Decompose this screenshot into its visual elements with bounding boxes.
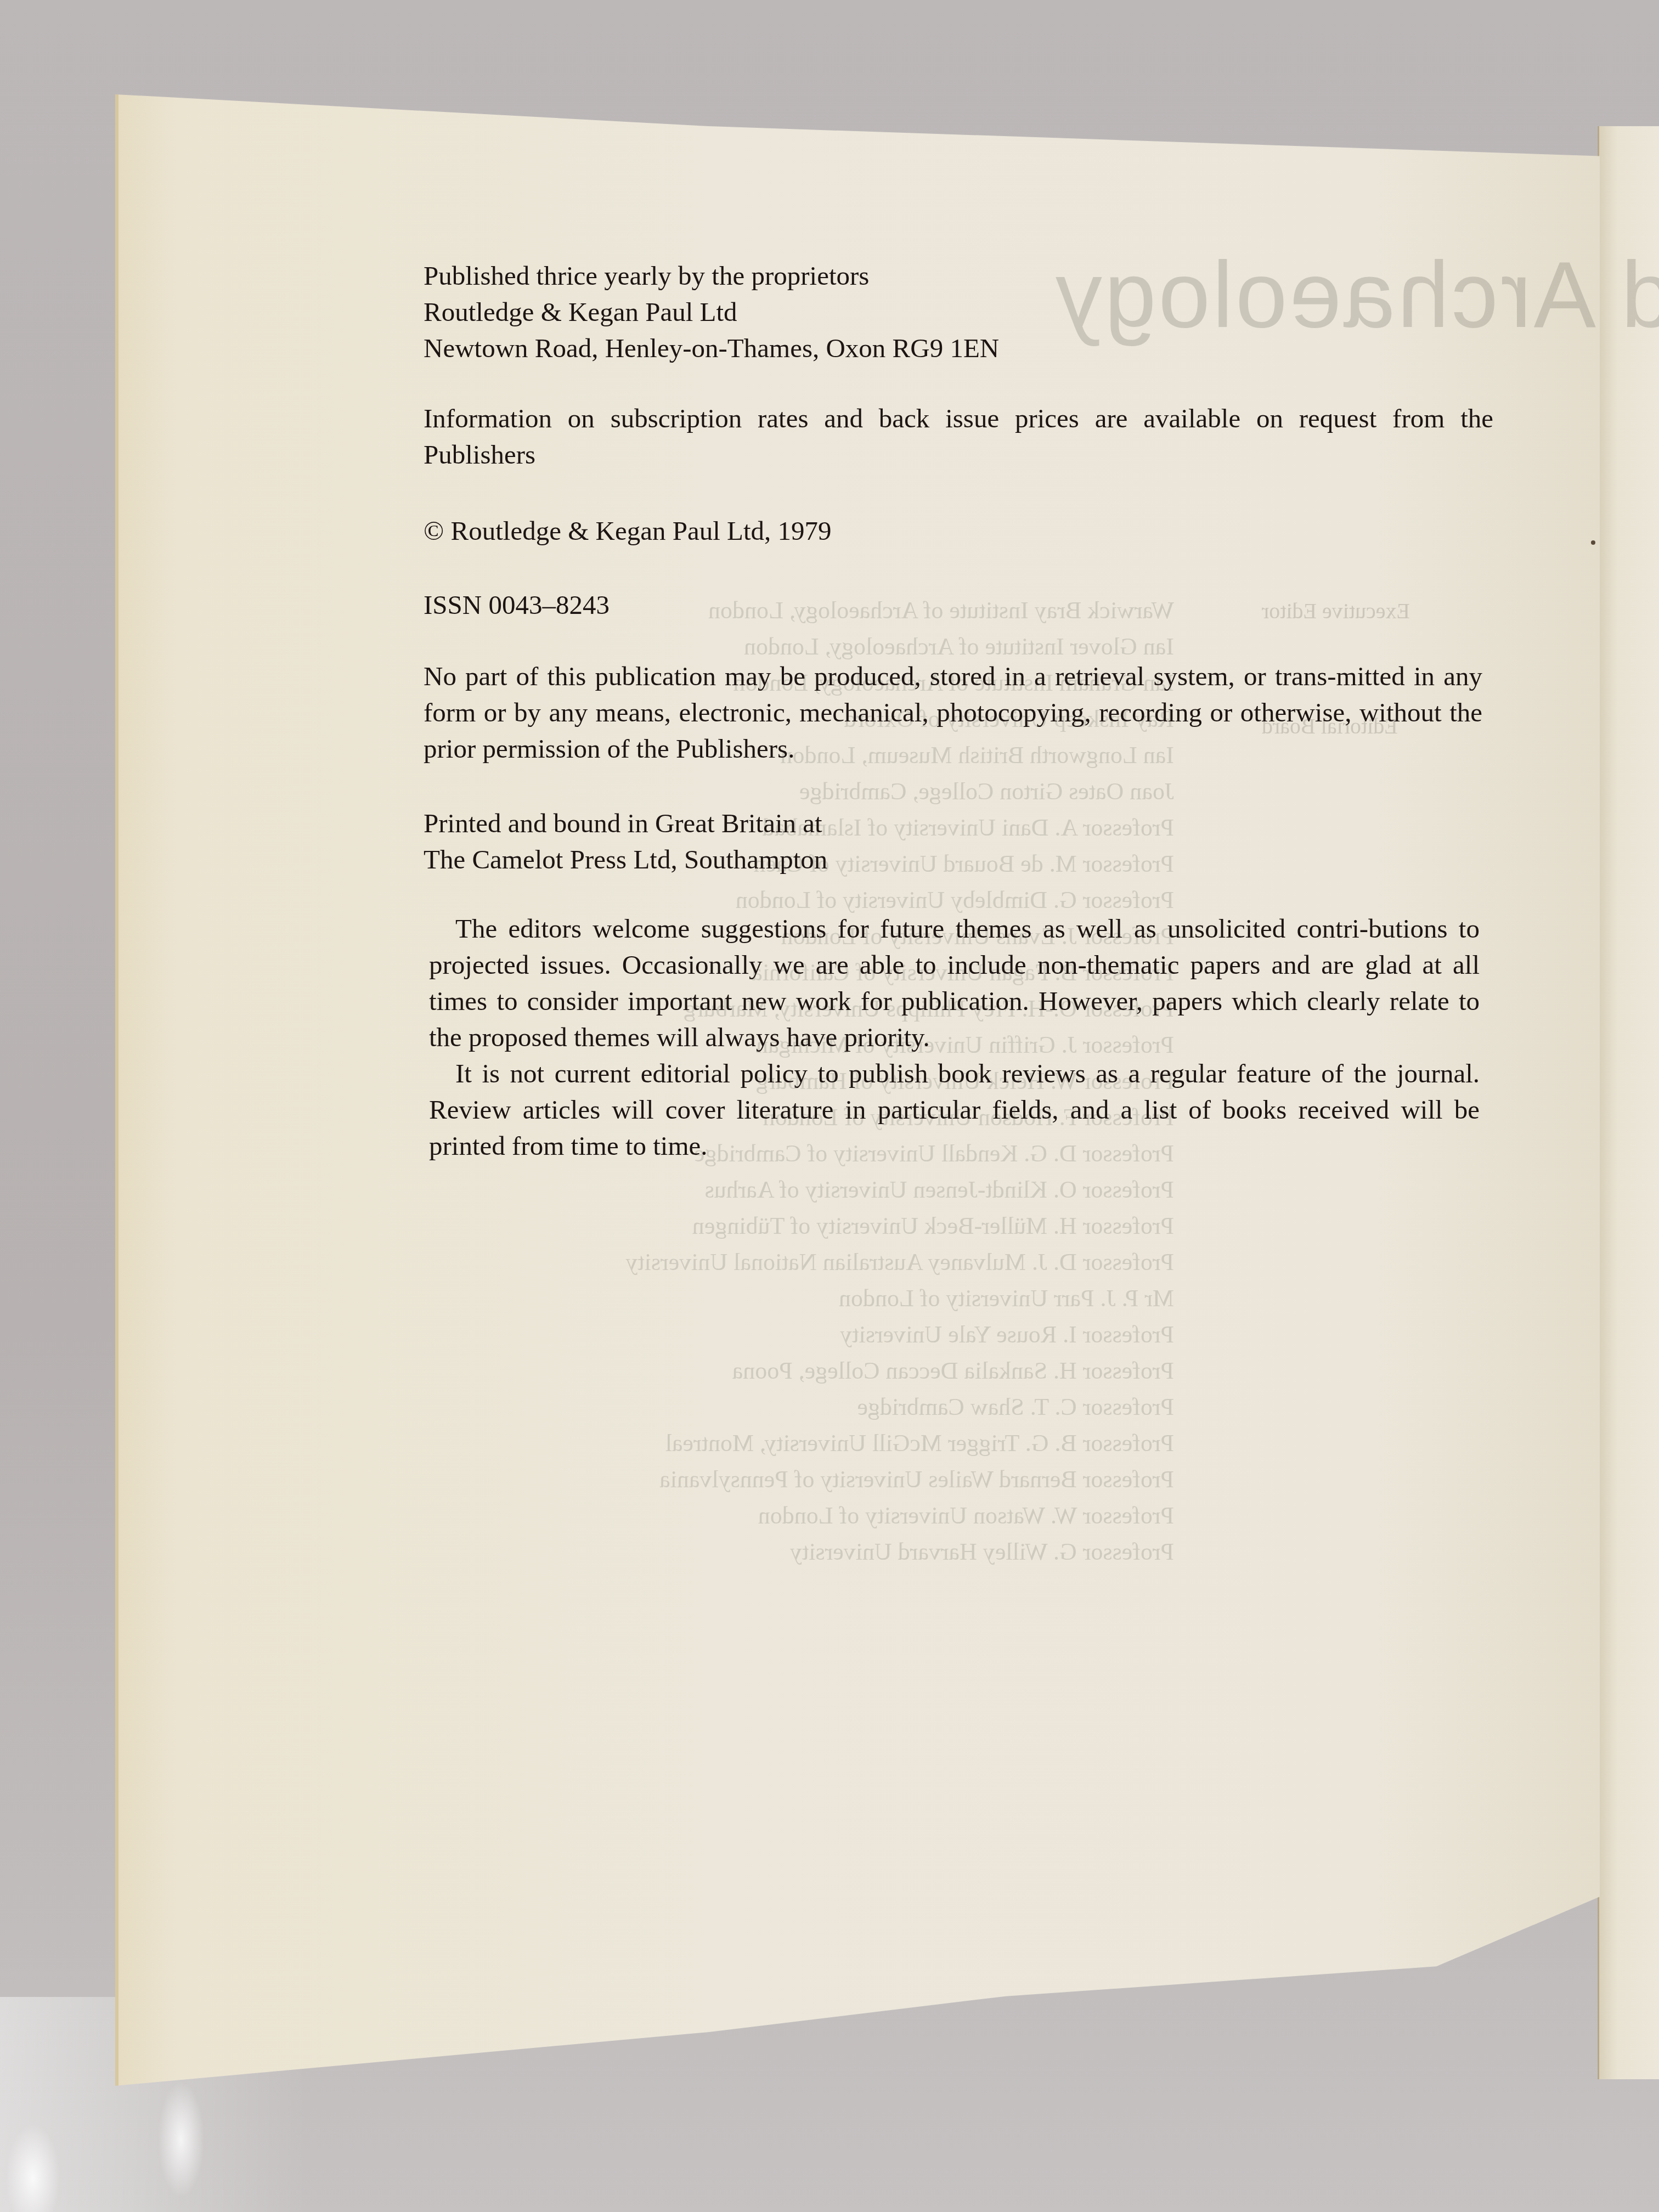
subscription-info: Information on subscription rates and ba…	[424, 400, 1493, 473]
copyright-notice: © Routledge & Kegan Paul Ltd, 1979	[424, 513, 1137, 549]
binding-staple-mark	[1591, 540, 1595, 545]
photo-scene: World Archaeology Executive Editor Edito…	[0, 0, 1659, 2212]
editorial-paragraph: The editors welcome suggestions for futu…	[429, 911, 1480, 1056]
printer-line: The Camelot Press Ltd, Southampton	[424, 842, 1137, 878]
subscription-info-text: Information on subscription rates and ba…	[424, 400, 1493, 473]
rights-notice: No part of this publication may be produ…	[424, 658, 1482, 767]
printer-line: Printed and bound in Great Britain at	[424, 805, 1137, 842]
rights-notice-text: No part of this publication may be produ…	[424, 658, 1482, 767]
facing-page-edge	[1598, 126, 1659, 2079]
publisher-block: Published thrice yearly by the proprieto…	[424, 258, 1137, 366]
publisher-line: Published thrice yearly by the proprieto…	[424, 258, 1137, 294]
publisher-line: Newtown Road, Henley-on-Thames, Oxon RG9…	[424, 330, 1137, 366]
issn-text: ISSN 0043–8243	[424, 587, 972, 623]
editorial-paragraph: It is not current editorial policy to pu…	[429, 1056, 1480, 1164]
editorial-policy: The editors welcome suggestions for futu…	[429, 911, 1480, 1164]
issn: ISSN 0043–8243	[424, 587, 972, 623]
printer-block: Printed and bound in Great Britain at Th…	[424, 805, 1137, 878]
copyright-text: © Routledge & Kegan Paul Ltd, 1979	[424, 513, 1137, 549]
publisher-line: Routledge & Kegan Paul Ltd	[424, 294, 1137, 330]
